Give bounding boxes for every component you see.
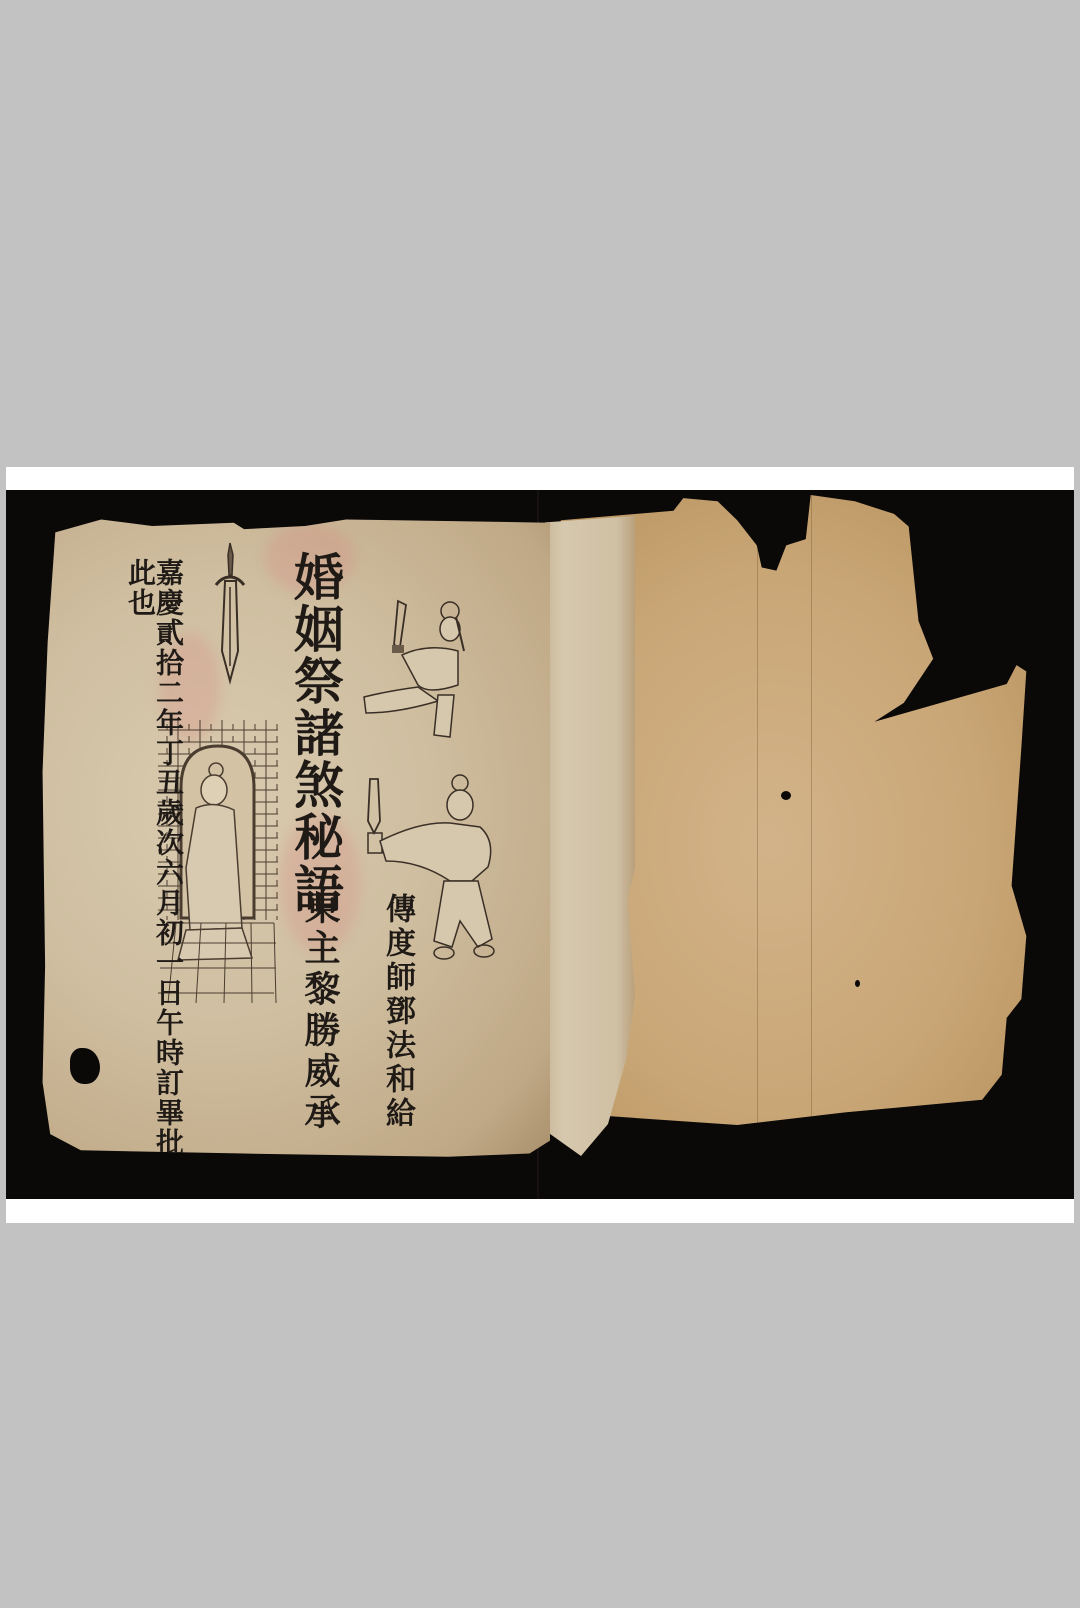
manuscript-title: 婚姻祭諸煞秘語 [290,551,340,915]
page-crease [811,495,812,1125]
owner-inscription: 東主黎勝威承 [302,888,338,1134]
worm-hole [781,791,791,800]
torn-hole [70,1048,100,1084]
teacher-inscription: 傳度師鄧法和給 [382,893,412,1131]
page-fold [545,516,635,1156]
left-page: 婚姻祭諸煞秘語 東主黎勝威承 嘉慶貳拾二年丁丑歲次六月初一日午時訂畢批此也 [40,513,550,1160]
kneeling-swordsman-drawing [358,595,488,745]
manuscript-photo: 婚姻祭諸煞秘語 東主黎勝威承 嘉慶貳拾二年丁丑歲次六月初一日午時訂畢批此也 [6,490,1074,1199]
sword-icon [210,541,250,686]
page-crease [757,495,758,1125]
date-inscription: 嘉慶貳拾二年丁丑歲次六月初一日午時訂畢批此也 [126,558,182,1160]
worm-hole [855,980,860,987]
